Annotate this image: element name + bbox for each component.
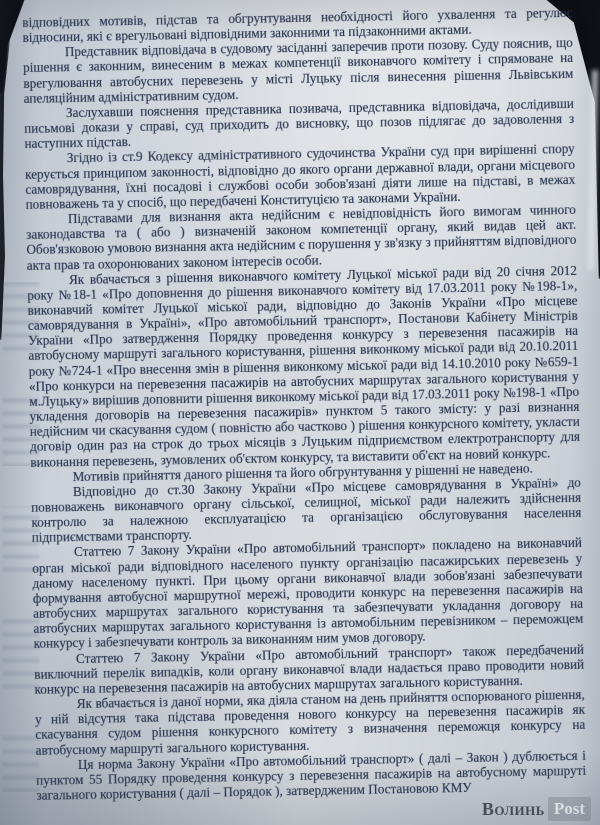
document-photo: відповідних мотивів, підстав та обгрунту… bbox=[0, 0, 600, 825]
watermark-brand-text: Волинь bbox=[482, 799, 545, 820]
paragraph: Як вбачається із даної норми, яка діяла … bbox=[35, 687, 586, 758]
paragraph: Статтею 7 Закону України «Про автомобіль… bbox=[32, 535, 584, 651]
paragraph: Відповідно до ст.30 Закону України «Про … bbox=[31, 475, 582, 546]
paragraph: Представник відповідача в судовому засід… bbox=[23, 35, 574, 106]
volynpost-watermark: Волинь Post bbox=[482, 797, 591, 821]
paragraph: Як вбачається з рішення виконавчого комі… bbox=[27, 262, 581, 469]
paragraph: Підставами для визнання акта недійсним є… bbox=[26, 202, 577, 273]
paragraph: Згідно із ст.9 Кодексу адміністративного… bbox=[25, 141, 576, 212]
document-text: відповідних мотивів, підстав та обгрунту… bbox=[22, 5, 586, 803]
watermark-post-badge: Post bbox=[548, 797, 591, 821]
